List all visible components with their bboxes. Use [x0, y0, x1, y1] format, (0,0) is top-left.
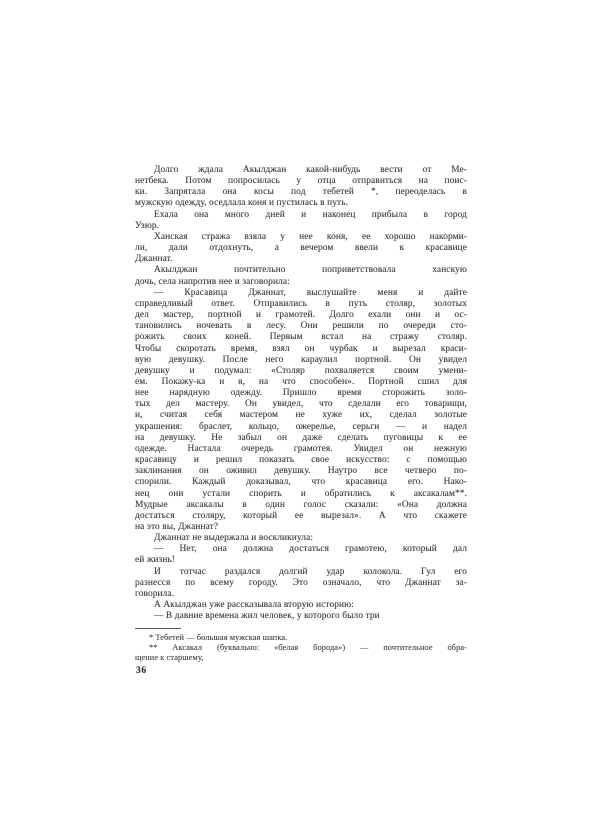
text-line: Мудрые аксакалы в один голос сказали: «О…	[135, 500, 467, 511]
text-line: ли, дали отдохнуть, а вечером ввели к кр…	[135, 243, 467, 254]
text-line: достаться столяру, который ее вырезал». …	[135, 511, 467, 522]
text-line: на это вы, Джаннат?	[135, 522, 467, 533]
text-line: Ехала она много дней и наконец прибыла в…	[135, 210, 467, 221]
text-line: нее нарядную одежду. Пришло время сторож…	[135, 388, 467, 399]
text-line: дел мастер, портной и грамотей. Долго ех…	[135, 310, 467, 321]
text-line: Джаннат не выдержала и воскликнула:	[135, 533, 467, 544]
footnote-separator	[135, 628, 181, 629]
text-line: и, считая себя мастером не хуже их, сдел…	[135, 410, 467, 421]
text-line: говорила.	[135, 589, 467, 600]
text-line: * Тебетей — большая мужская шапка.	[135, 633, 467, 643]
text-line: разнесся по всему городу. Это означало, …	[135, 578, 467, 589]
text-line: ** Аксакал (буквально: «белая борода») —…	[135, 643, 467, 653]
text-line: щение к старшему,	[135, 653, 467, 663]
text-line: нетбека. Потом попросилась у отца отправ…	[135, 176, 467, 187]
text-line: тановились ночевать в лесу. Они решили п…	[135, 321, 467, 332]
text-line: справедливый ответ. Отправились в путь с…	[135, 299, 467, 310]
text-line: украшения: браслет, кольцо, ожерелье, се…	[135, 422, 467, 433]
book-page: Долго ждала Акылджан какой-нибудь вести …	[0, 0, 595, 818]
main-text: Долго ждала Акылджан какой-нибудь вести …	[135, 165, 467, 622]
text-line: на девушку. Не забыл он даже сделать пуг…	[135, 433, 467, 444]
text-line: вую девушку. После него караулил портной…	[135, 355, 467, 366]
text-line: дочь, села напротив нее и заговорила:	[135, 277, 467, 288]
text-line: тых дел мастеру. Он увидел, что сделали …	[135, 399, 467, 410]
text-line: И тотчас раздался долгий удар колокола. …	[135, 567, 467, 578]
text-line: ем. Покажу-ка и я, на что способен». Пор…	[135, 377, 467, 388]
text-line: Чтобы скоротать время, взял он чурбак и …	[135, 344, 467, 355]
footnotes: * Тебетей — большая мужская шапка.** Акс…	[135, 633, 467, 663]
text-line: Акылджан почтительно поприветствовала ха…	[135, 265, 467, 276]
text-line: Долго ждала Акылджан какой-нибудь вести …	[135, 165, 467, 176]
text-line: мужскую одежду, оседлала коня и пустилас…	[135, 198, 467, 209]
text-line: девушку и подумал: «Столяр похваляется с…	[135, 366, 467, 377]
text-line: — В давние времена жил человек, у которо…	[135, 611, 467, 622]
text-line: заклинания он оживил девушку. Наутро все…	[135, 466, 467, 477]
text-line: — Нет, она должна достаться грамотею, ко…	[135, 544, 467, 555]
text-line: — Красавица Джаннат, выслушайте меня и д…	[135, 288, 467, 299]
text-line: Джаннат.	[135, 254, 467, 265]
text-line: одежде. Настала очередь грамотея. Увидел…	[135, 444, 467, 455]
text-line: красавицу и решил показать свое искусств…	[135, 455, 467, 466]
text-line: А Акылджан уже рассказывала вторую истор…	[135, 600, 467, 611]
text-line: Ханская стража взяла у нее коня, ее хоро…	[135, 232, 467, 243]
text-line: ки. Запрятала она косы под тебетей *, пе…	[135, 187, 467, 198]
text-line: рожить своих коней. Первым встал на стра…	[135, 332, 467, 343]
text-line: ей жизнь!	[135, 555, 467, 566]
text-line: нец они устали спорить и обратились к ак…	[135, 489, 467, 500]
page-number: 36	[136, 665, 147, 676]
text-line: Узюр.	[135, 221, 467, 232]
text-line: спорили. Каждый доказывал, что красавица…	[135, 477, 467, 488]
